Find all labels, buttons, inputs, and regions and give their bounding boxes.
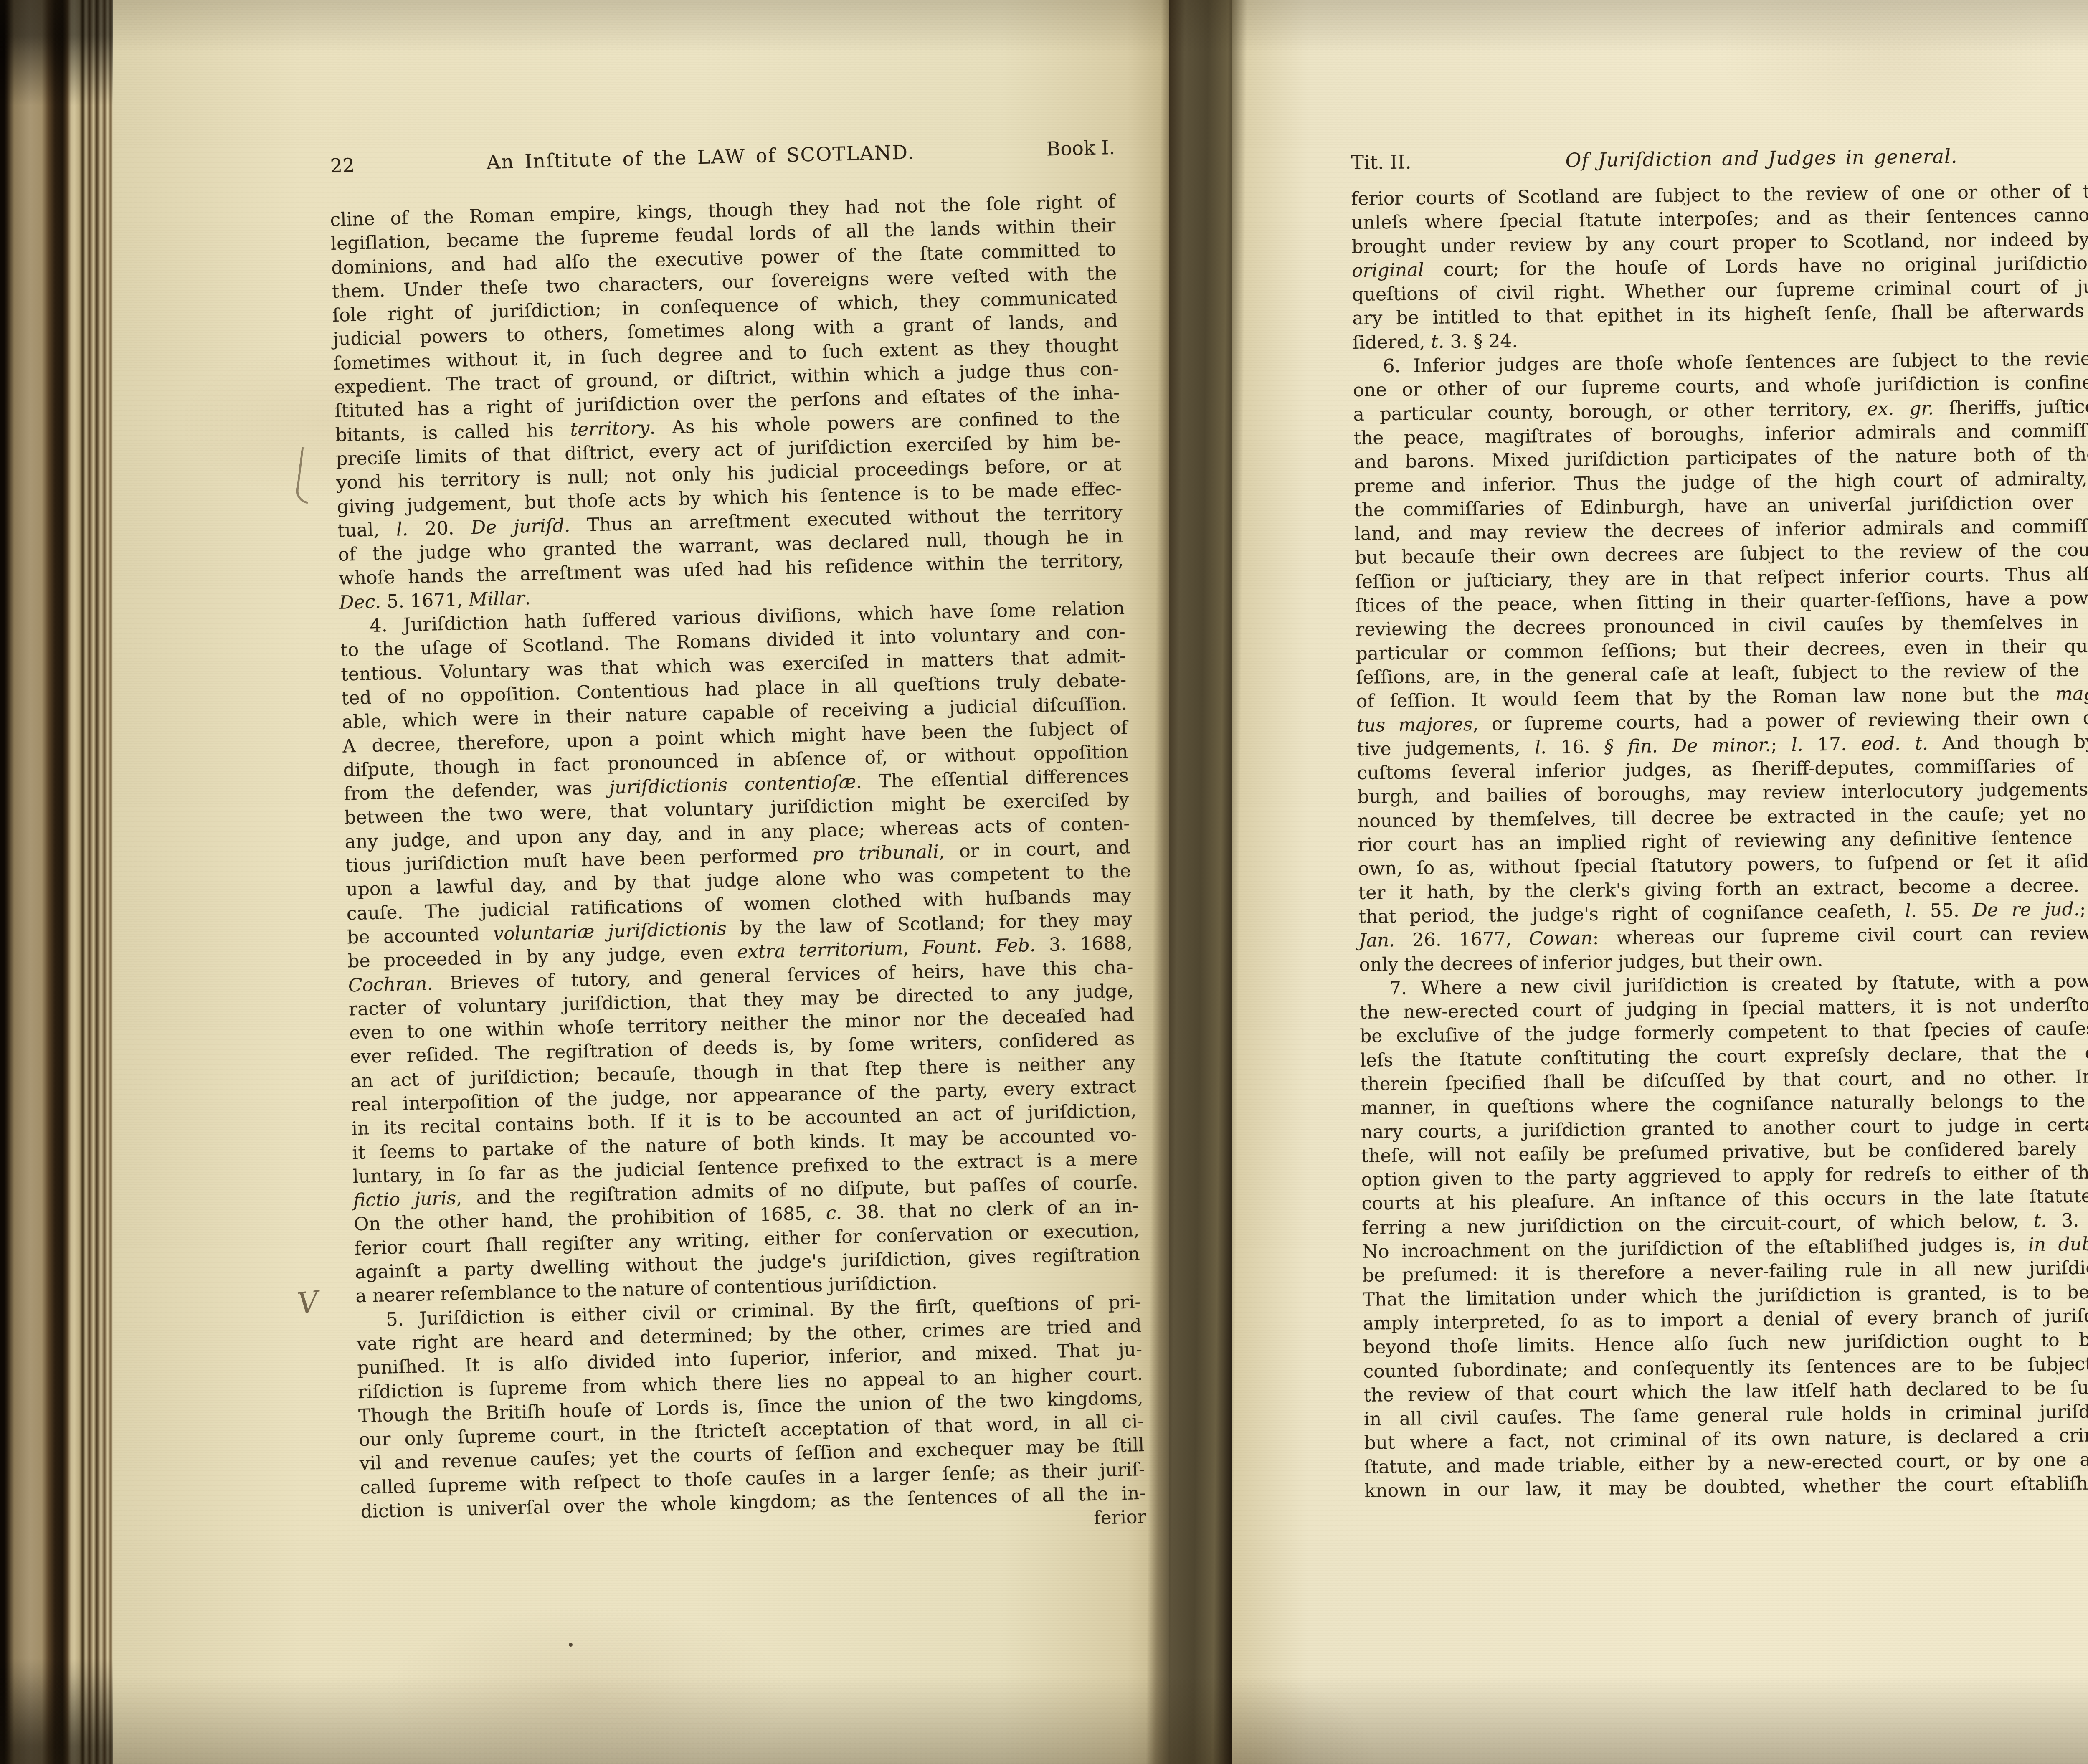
left-page-header: 22 An Inſtitute of the LAW of SCOTLAND. … bbox=[330, 136, 1115, 177]
title-label: Tit. II. bbox=[1351, 150, 1411, 174]
pen-v-left-margin: V bbox=[296, 1285, 320, 1321]
page-left: 22 An Inſtitute of the LAW of SCOTLAND. … bbox=[113, 0, 1169, 1764]
book-page-edges bbox=[0, 0, 113, 1764]
book-scan: 22 An Inſtitute of the LAW of SCOTLAND. … bbox=[0, 0, 2088, 1764]
running-title-right: Of Juriſdiction and Judges in general. bbox=[1565, 145, 1957, 172]
page-number-left: 22 bbox=[330, 154, 355, 177]
right-page-text: ferior courts of Scotland are ſubject to… bbox=[1351, 179, 2088, 1527]
ink-spot bbox=[569, 1643, 573, 1647]
left-page-text: cline of the Roman empire, kings, though… bbox=[330, 190, 1146, 1548]
right-page-header: Tit. II. Of Juriſdiction and Judges in g… bbox=[1351, 143, 2088, 174]
book-label: Book I. bbox=[1046, 136, 1115, 160]
page-right: Tit. II. Of Juriſdiction and Judges in g… bbox=[1232, 0, 2088, 1764]
running-title-left: An Inſtitute of the LAW of SCOTLAND. bbox=[486, 141, 915, 173]
